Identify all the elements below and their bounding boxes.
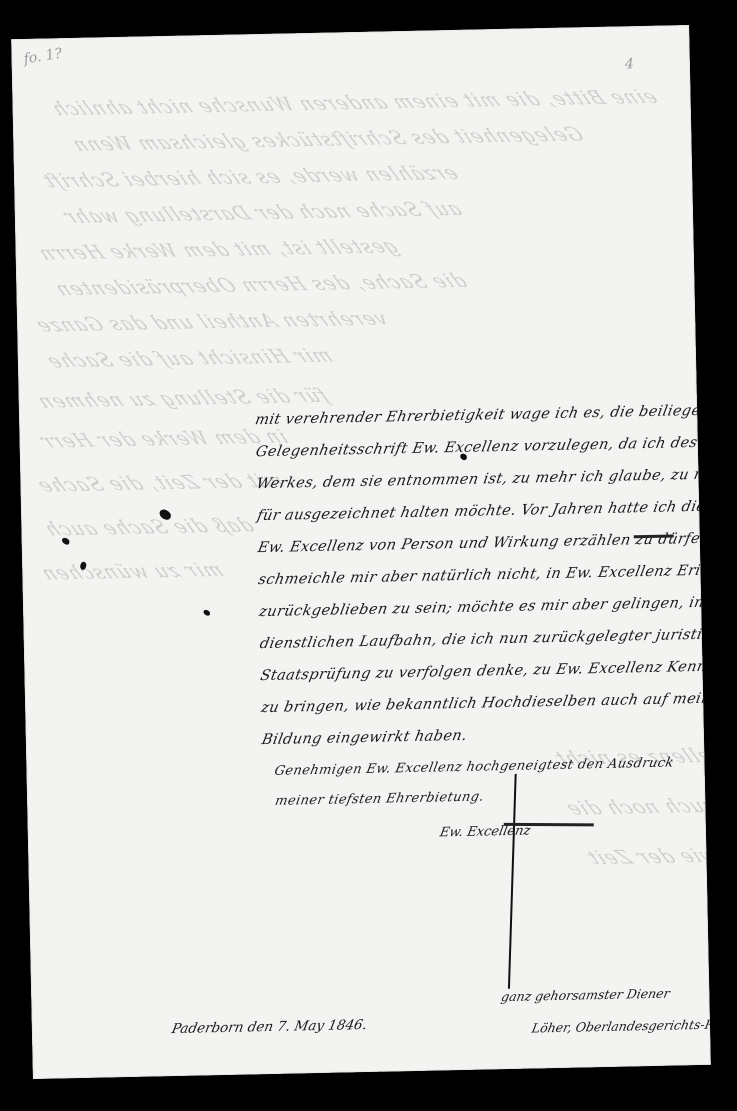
ink-blot	[158, 508, 173, 521]
bleed-line: daß die Sache auch	[39, 514, 258, 540]
body-line: Gelegenheitsschrift Ew. Excellenz vorzul…	[254, 433, 710, 460]
body-line: zu bringen, wie bekanntlich Hochdieselbe…	[260, 690, 711, 716]
ink-blot	[203, 609, 211, 616]
place-date: Paderborn den 7. May 1846.	[170, 1017, 368, 1037]
vertical-pen-stroke	[508, 774, 516, 989]
body-line: Staatsprüfung zu verfolgen denke, zu Ew.…	[259, 658, 711, 684]
bleed-line: für die Stellung zu nehmen	[33, 385, 333, 413]
corner-mark: 4	[625, 56, 634, 72]
bleed-line: mir zu wünschen	[36, 559, 227, 585]
document-scan: eine Bitte, die mit einem anderen Wunsch…	[0, 0, 737, 1111]
bleed-line: die Sache, des Herrn Oberpräsidenten	[50, 270, 471, 300]
page-number: fo. 1?	[23, 46, 64, 68]
bleed-line: auf Sache nach der Darstellung wahr	[59, 198, 466, 228]
salutation-close: Ew. Excellenz	[438, 823, 531, 840]
bleed-line: in dem Werke der Herr	[36, 426, 293, 453]
bleed-line: erzählen werde, es sich hierbei Schrift	[38, 162, 462, 192]
closing-line: meiner tiefsten Ehrerbietung.	[274, 789, 486, 808]
bleed-line: auch noch die	[561, 795, 710, 820]
body-line: für ausgezeichnet halten möchte. Vor Jah…	[256, 498, 711, 524]
closing-line: Genehmigen Ew. Excellenz hochgeneigtest …	[273, 755, 675, 778]
bleed-line: eine Bitte, die mit einem anderen Wunsch…	[47, 86, 662, 120]
body-line: mit verehrender Ehrerbietigkeit wage ich…	[254, 402, 711, 428]
bleed-line: verehrten Antheil und das Ganze	[31, 308, 392, 337]
body-line: dienstlichen Laufbahn, die ich nun zurüc…	[258, 626, 710, 652]
ink-blot	[79, 561, 88, 571]
bleed-line: Gelegenheit des Schriftstückes gleichsam…	[67, 123, 588, 155]
complimentary-close: ganz gehorsamster Diener	[500, 986, 671, 1005]
ink-blot	[61, 537, 71, 546]
body-line: schmeichle mir aber natürlich nicht, in …	[257, 562, 711, 589]
letter-page: eine Bitte, die mit einem anderen Wunsch…	[11, 25, 711, 1079]
bleed-line: gestellt ist, mit dem Werke Herrn	[34, 235, 403, 264]
signature-name: Löher, Oberlandesgerichts-Referendar.	[531, 1015, 711, 1035]
body-line: Werkes, dem sie entnommen ist, zu mehr i…	[255, 466, 711, 492]
body-line: Bildung eingewirkt haben.	[260, 728, 468, 748]
strikethrough-mark	[504, 823, 594, 826]
body-line: zurückgeblieben zu sein; möchte es mir a…	[258, 594, 711, 621]
bleed-line: wie der Zeit	[582, 845, 710, 869]
bleed-line: mit der Zeit, die Sache	[32, 470, 288, 497]
bleed-line: mir Hinsicht auf die Sache	[42, 345, 337, 373]
